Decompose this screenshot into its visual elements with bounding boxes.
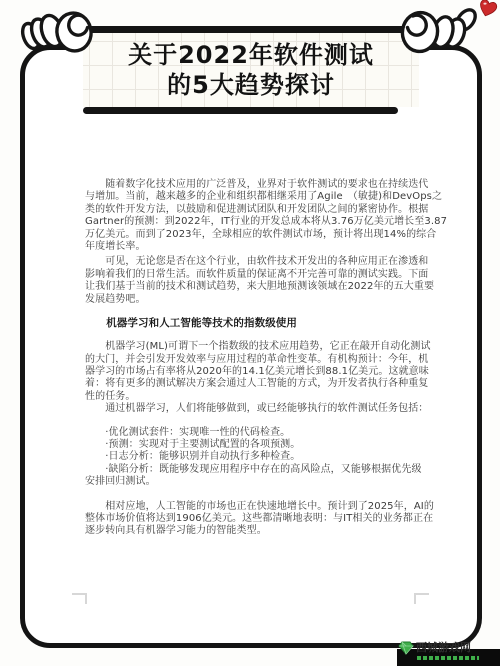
text-line: Gartner的预测：到2022年，IT行业的开发总成本将从3.76万亿美元增长… bbox=[85, 216, 419, 228]
banner-grid: 关于2022年软件测试 的5大趋势探讨 bbox=[83, 33, 419, 107]
paragraph: 随着数字化技术应用的广泛普及，业界对于软件测试的要求也在持续迭代 与增加。当前，… bbox=[85, 179, 419, 253]
bullet-item: ·优化测试套件：实现唯一性的代码检查。 bbox=[85, 427, 419, 439]
bullet-item: ·预测：实现对于主要测试配置的各项预测。 bbox=[85, 439, 419, 451]
text-line: 通过机器学习，人们将能够做到，或已经能够执行的软件测试任务包括： bbox=[85, 403, 419, 415]
text-line: 相对应地，人工智能的市场也正在快速地增长中。预计到了2025年，AI的 bbox=[85, 501, 419, 513]
text-line: 与增加。当前，越来越多的企业和组织都相继采用了Agile （敏捷)和DevOps… bbox=[85, 191, 419, 203]
text-line: 可见，无论您是否在这个行业，由软件技术开发出的各种应用正在渗透和 bbox=[85, 256, 419, 268]
text-line: 整体市场价值将达到1906亿美元。这些都清晰地表明：与IT相关的业务都正在 bbox=[85, 513, 419, 525]
text-line: 让我们基于当前的技术和测试趋势，来大胆地预测该领域在2022年的五大重要 bbox=[85, 281, 419, 293]
heading-text: 机器学习和人工智能等技术的指数级使用 bbox=[85, 317, 419, 329]
text-line: 发展趋势吧。 bbox=[85, 294, 419, 306]
article-content: 随着数字化技术应用的广泛普及，业界对于软件测试的要求也在持续迭代 与增加。当前，… bbox=[85, 179, 419, 538]
text-line: 万亿美元。而到了2023年，全球相应的软件测试市场，预计将出现14%的综合 bbox=[85, 229, 419, 241]
paragraph: 可见，无论您是否在这个行业，由软件技术开发出的各种应用正在渗透和 影响着我们的日… bbox=[85, 256, 419, 306]
text-line: 影响着我们的日常生活。而软件质量的保证离不开完善可靠的测试实践。下面 bbox=[85, 269, 419, 281]
page-root: 关于2022年软件测试 的5大趋势探讨 bbox=[0, 0, 500, 666]
text-line: 机器学习(ML)可谓下一个指数级的技术应用趋势，它正在敲开自动化测试 bbox=[85, 341, 419, 353]
corner-mark-left bbox=[72, 593, 87, 604]
corner-mark-right bbox=[414, 593, 429, 604]
bullet-item-continuation: 安排回归测试。 bbox=[85, 476, 419, 488]
right-fist-icon bbox=[392, 1, 484, 67]
gem-icon bbox=[398, 640, 414, 659]
text-line: 类的软件开发方法，以鼓励和促进测试团队和开发团队之间的紧密协作。根据 bbox=[85, 204, 419, 216]
title-banner: 关于2022年软件测试 的5大趋势探讨 bbox=[83, 26, 413, 114]
text-line: 器学习的市场占有率将从2020年的14.1亿美元增长到88.1亿美元。这就意味 bbox=[85, 366, 419, 378]
section-heading: 机器学习和人工智能等技术的指数级使用 bbox=[85, 317, 419, 329]
paragraph: 相对应地，人工智能的市场也正在快速地增长中。预计到了2025年，AI的 整体市场… bbox=[85, 501, 419, 538]
page-title-line1: 关于2022年软件测试 bbox=[128, 40, 374, 70]
text-line: 着：将有更多的测试解决方案会通过人工智能的方式，为开发者执行各种重复 bbox=[85, 378, 419, 390]
text-line: 的大门，并会引发开发效率与应用过程的革命性变革。有机构预计：今年，机 bbox=[85, 354, 419, 366]
bullet-list: ·优化测试套件：实现唯一性的代码检查。 ·预测：实现对于主要测试配置的各项预测。… bbox=[85, 427, 419, 489]
bullet-item: ·日志分析：能够识别并自动执行多种检查。 bbox=[85, 451, 419, 463]
banner-bottom-bar bbox=[83, 107, 398, 114]
text-line: 年度增长率。 bbox=[85, 241, 419, 253]
text-line: 逐步转向具有机器学习能力的智能类型。 bbox=[85, 525, 419, 537]
page-title-line2: 的5大趋势探讨 bbox=[167, 70, 335, 100]
text-line: 性的任务。 bbox=[85, 391, 419, 403]
text-line: 随着数字化技术应用的广泛普及，业界对于软件测试的要求也在持续迭代 bbox=[85, 179, 419, 191]
paragraph: 机器学习(ML)可谓下一个指数级的技术应用趋势，它正在敲开自动化测试 的大门，并… bbox=[85, 341, 419, 403]
watermark-subtext bbox=[417, 656, 479, 660]
bullet-item: ·缺陷分析：既能够发现应用程序中存在的高风险点，又能够根据优先级 bbox=[85, 464, 419, 476]
paragraph: 通过机器学习，人们将能够做到，或已经能够执行的软件测试任务包括： bbox=[85, 403, 419, 415]
watermark-text: 西城游戏网 bbox=[416, 639, 471, 655]
left-fist-icon bbox=[18, 5, 100, 65]
banner-top-bar bbox=[83, 26, 413, 33]
